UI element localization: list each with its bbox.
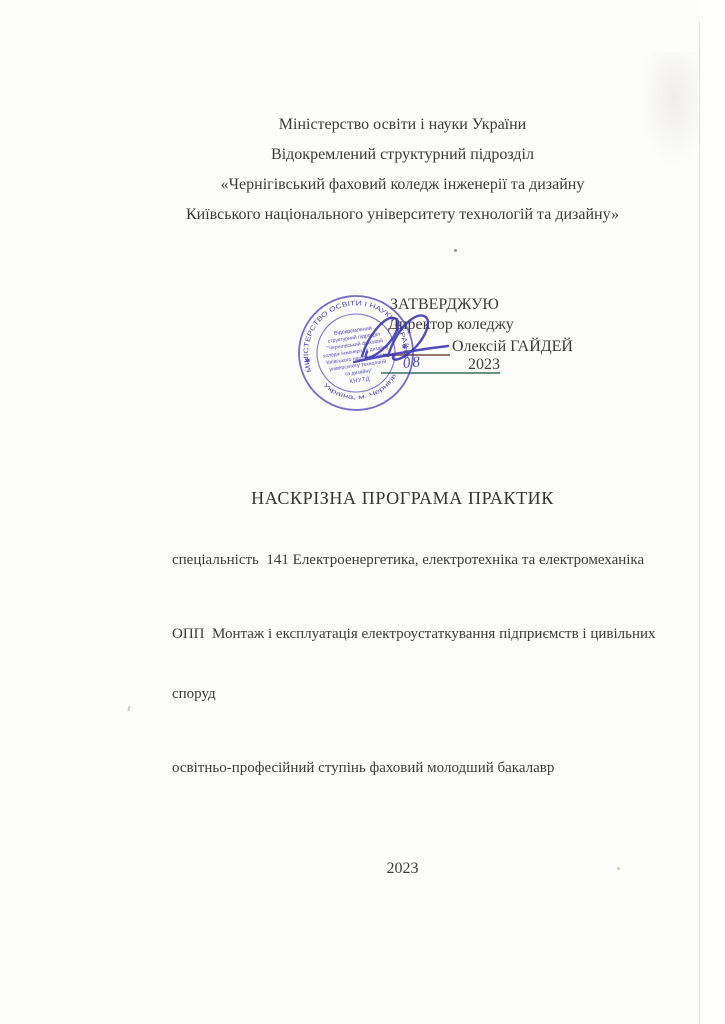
footer-year: 2023 — [80, 860, 725, 878]
degree-line: освітньо-професійний ступінь фаховий мол… — [172, 758, 656, 778]
college-name-line: «Чернігівський фаховий коледж інженерії … — [80, 170, 725, 200]
ministry-line: Міністерство освіти і науки України — [80, 110, 725, 140]
scan-speck — [454, 249, 457, 252]
division-line: Відокремлений структурний підрозділ — [80, 140, 725, 170]
university-name-line: Київського національного університету те… — [80, 200, 725, 230]
scan-speck — [128, 706, 131, 711]
document-details: спеціальність 141 Електроенергетика, еле… — [172, 550, 656, 778]
opp-block: ОПП Монтаж і експлуатація електроустатку… — [172, 584, 656, 744]
opp-line-continued: споруд — [172, 684, 656, 704]
opp-line: ОПП Монтаж і експлуатація електроустатку… — [172, 624, 656, 644]
stamp-abbreviation: КНУТД — [349, 376, 371, 385]
handwritten-day: 08 — [402, 354, 423, 373]
document-header: Міністерство освіти і науки України Відо… — [80, 110, 725, 230]
document-title: НАСКРІЗНА ПРОГРАМА ПРАКТИК — [80, 488, 725, 509]
document-page: Міністерство освіти і науки України Відо… — [0, 0, 725, 1024]
stamp-star-left: ✱ — [304, 356, 311, 365]
specialty-line: спеціальність 141 Електроенергетика, еле… — [172, 550, 656, 570]
